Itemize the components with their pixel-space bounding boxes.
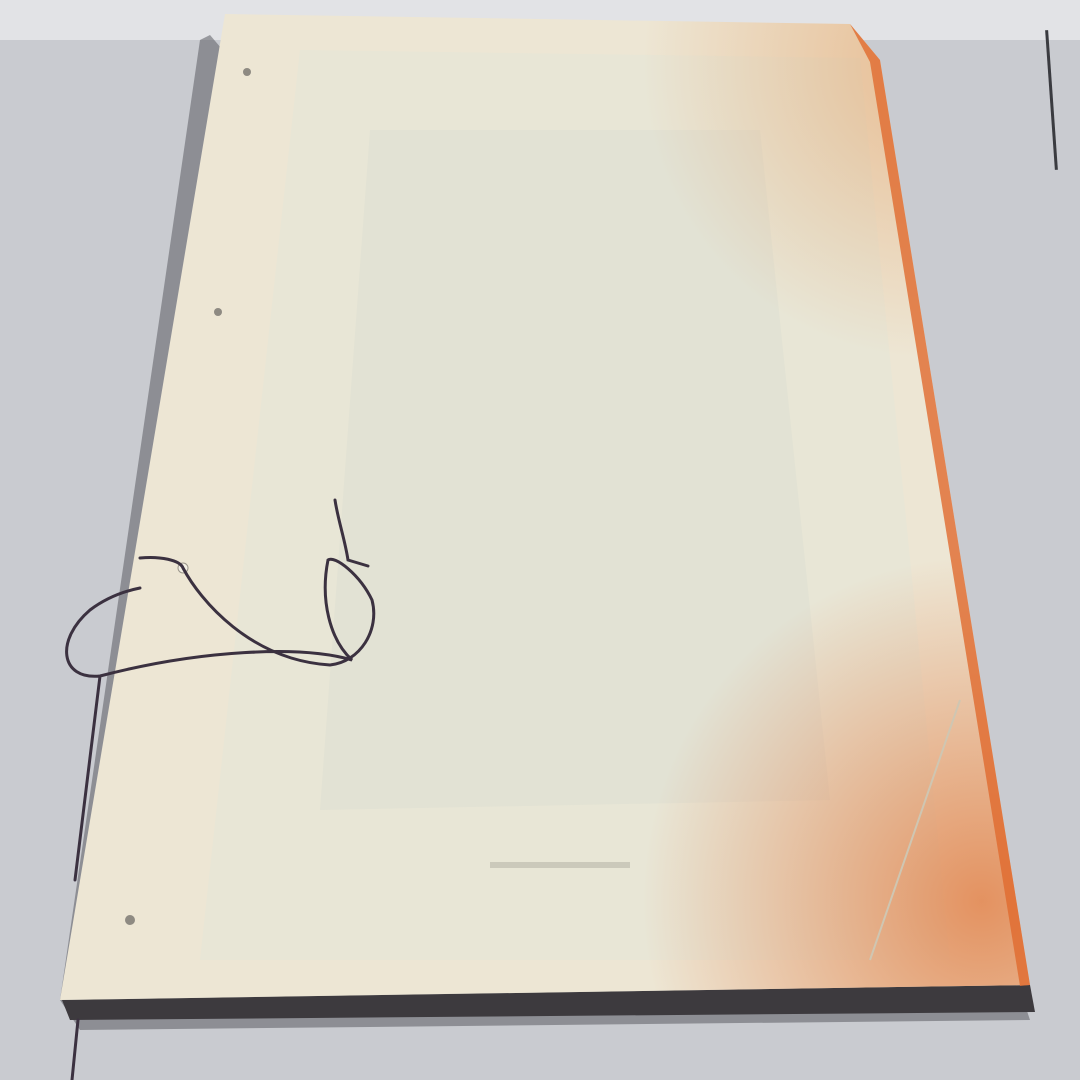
- punch-hole: [125, 915, 135, 925]
- photo-scene: [0, 0, 1080, 1080]
- punch-hole: [243, 68, 251, 76]
- paper-photo: [0, 0, 1080, 1080]
- punch-hole: [214, 308, 222, 316]
